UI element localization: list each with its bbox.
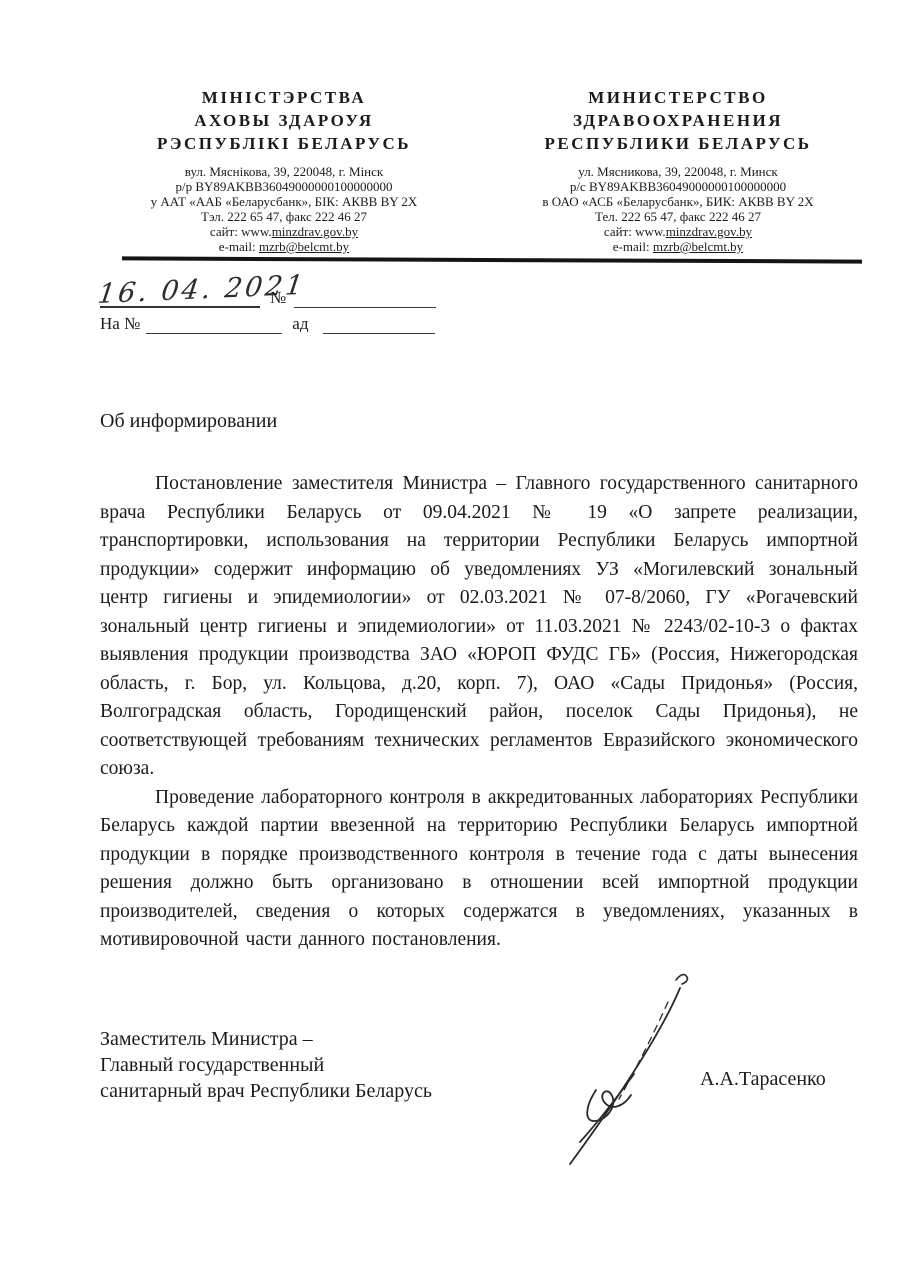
- signatory-name: А.А.Тарасенко: [700, 1068, 826, 1091]
- letterhead-russian: МИНИСТЕРСТВО ЗДРАВООХРАНЕНИЯ РЕСПУБЛИКИ …: [488, 86, 868, 254]
- reply-number-label: На №: [100, 314, 140, 334]
- signatory-position-line: Заместитель Министра –: [100, 1026, 432, 1052]
- outgoing-number-line: [294, 287, 436, 308]
- outgoing-reference-row: 16. 04. 2021 №: [100, 268, 436, 308]
- letterhead-divider: [122, 256, 862, 263]
- document-page: МІНІСТЭРСТВА АХОВЫ ЗДАРОУЯ РЭСПУБЛІКІ БЕ…: [0, 0, 903, 1280]
- website-line: сайт: www.minzdrav.gov.by: [488, 224, 868, 239]
- email-address: mzrb@belcmt.by: [653, 239, 743, 254]
- letter-body: Постановление заместителя Министра – Гла…: [100, 470, 858, 955]
- org-title-belarusian: МІНІСТЭРСТВА АХОВЫ ЗДАРОУЯ РЭСПУБЛІКІ БЕ…: [100, 86, 468, 155]
- signatory-position: Заместитель Министра – Главный государст…: [100, 1026, 432, 1104]
- signature-scrawl: [560, 972, 705, 1172]
- from-date-line: [323, 313, 435, 334]
- outgoing-date-line: 16. 04. 2021: [100, 286, 260, 308]
- body-paragraph: Постановление заместителя Министра – Гла…: [100, 470, 858, 784]
- email-prefix: e-mail:: [613, 239, 653, 254]
- email-prefix: e-mail:: [219, 239, 259, 254]
- letterhead: МІНІСТЭРСТВА АХОВЫ ЗДАРОУЯ РЭСПУБЛІКІ БЕ…: [0, 86, 903, 254]
- org-title-line: МИНИСТЕРСТВО: [488, 86, 868, 109]
- website-prefix: сайт: www.: [210, 224, 272, 239]
- reply-number-line: [146, 313, 282, 334]
- website-url: minzdrav.gov.by: [666, 224, 752, 239]
- website-url: minzdrav.gov.by: [272, 224, 358, 239]
- address-line: вул. Мяснікова, 39, 220048, г. Мінск: [100, 164, 468, 179]
- reference-block: 16. 04. 2021 № На № ад: [100, 268, 436, 334]
- email-line: e-mail: mzrb@belcmt.by: [100, 239, 468, 254]
- org-title-line: МІНІСТЭРСТВА: [100, 86, 468, 109]
- phone-line: Тел. 222 65 47, факс 222 46 27: [488, 209, 868, 224]
- from-date-label: ад: [292, 314, 308, 334]
- website-line: сайт: www.minzdrav.gov.by: [100, 224, 468, 239]
- signatory-position-line: санитарный врач Республики Беларусь: [100, 1078, 432, 1104]
- signatory-position-line: Главный государственный: [100, 1052, 432, 1078]
- body-paragraph: Проведение лабораторного контроля в аккр…: [100, 784, 858, 955]
- bank-line: в ОАО «АСБ «Беларусбанк», БИК: АКВВ BY 2…: [488, 194, 868, 209]
- org-address-belarusian: вул. Мяснікова, 39, 220048, г. Мінск р/р…: [100, 164, 468, 254]
- account-line: р/р BY89AKBB36049000000100000000: [100, 179, 468, 194]
- bank-line: у ААТ «ААБ «Беларусбанк», БІК: АКВВ BY 2…: [100, 194, 468, 209]
- org-title-russian: МИНИСТЕРСТВО ЗДРАВООХРАНЕНИЯ РЕСПУБЛИКИ …: [488, 86, 868, 155]
- subject-line: Об информировании: [100, 410, 277, 433]
- incoming-reference-row: На № ад: [100, 308, 436, 334]
- org-title-line: ЗДРАВООХРАНЕНИЯ: [488, 109, 868, 132]
- org-title-line: РЕСПУБЛИКИ БЕЛАРУСЬ: [488, 132, 868, 155]
- email-address: mzrb@belcmt.by: [259, 239, 349, 254]
- letterhead-belarusian: МІНІСТЭРСТВА АХОВЫ ЗДАРОУЯ РЭСПУБЛІКІ БЕ…: [100, 86, 468, 254]
- org-title-line: АХОВЫ ЗДАРОУЯ: [100, 109, 468, 132]
- org-address-russian: ул. Мясникова, 39, 220048, г. Минск р/с …: [488, 164, 868, 254]
- phone-line: Тэл. 222 65 47, факс 222 46 27: [100, 209, 468, 224]
- email-line: e-mail: mzrb@belcmt.by: [488, 239, 868, 254]
- address-line: ул. Мясникова, 39, 220048, г. Минск: [488, 164, 868, 179]
- website-prefix: сайт: www.: [604, 224, 666, 239]
- org-title-line: РЭСПУБЛІКІ БЕЛАРУСЬ: [100, 132, 468, 155]
- account-line: р/с BY89AKBB36049000000100000000: [488, 179, 868, 194]
